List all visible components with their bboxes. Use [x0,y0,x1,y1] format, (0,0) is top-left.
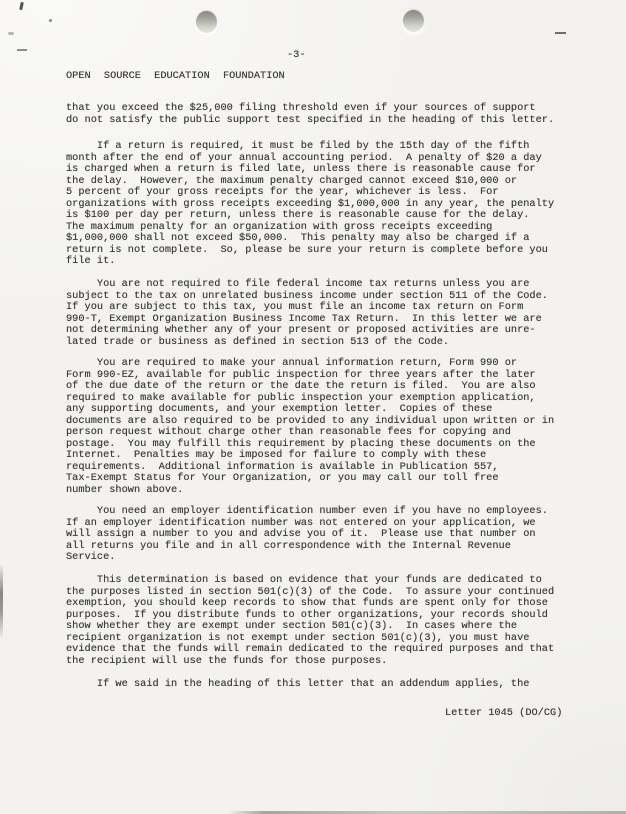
letter-page: -3- OPEN SOURCE EDUCATION FOUNDATION tha… [0,0,626,814]
scan-artifact-edge-smudge [0,563,3,639]
scan-artifact-dash-left [17,49,27,51]
paragraph-filing-threshold: that you exceed the $25,000 filing thres… [66,103,554,126]
paragraph-public-inspection: You are required to make your annual inf… [66,358,554,496]
organization-name: OPEN SOURCE EDUCATION FOUNDATION [66,71,285,83]
scan-artifact-tick [19,2,24,10]
hole-punch-icon [196,11,217,33]
paragraph-determination-funds: This determination is based on evidence … [66,575,554,667]
form-number: Letter 1045 (DO/CG) [445,708,562,720]
hole-punch-icon [403,10,424,32]
scan-artifact-speckle [8,32,14,35]
paragraph-return-penalties: If a return is required, it must be file… [66,141,554,268]
scan-artifact-dot [49,19,52,22]
page-number: -3- [287,50,306,62]
scan-artifact-dash-right [555,32,566,34]
paragraph-income-tax-returns: You are not required to file federal inc… [66,279,548,348]
paragraph-employer-id-number: You need an employer identification numb… [66,506,548,564]
paragraph-addendum: If we said in the heading of this letter… [66,679,529,691]
